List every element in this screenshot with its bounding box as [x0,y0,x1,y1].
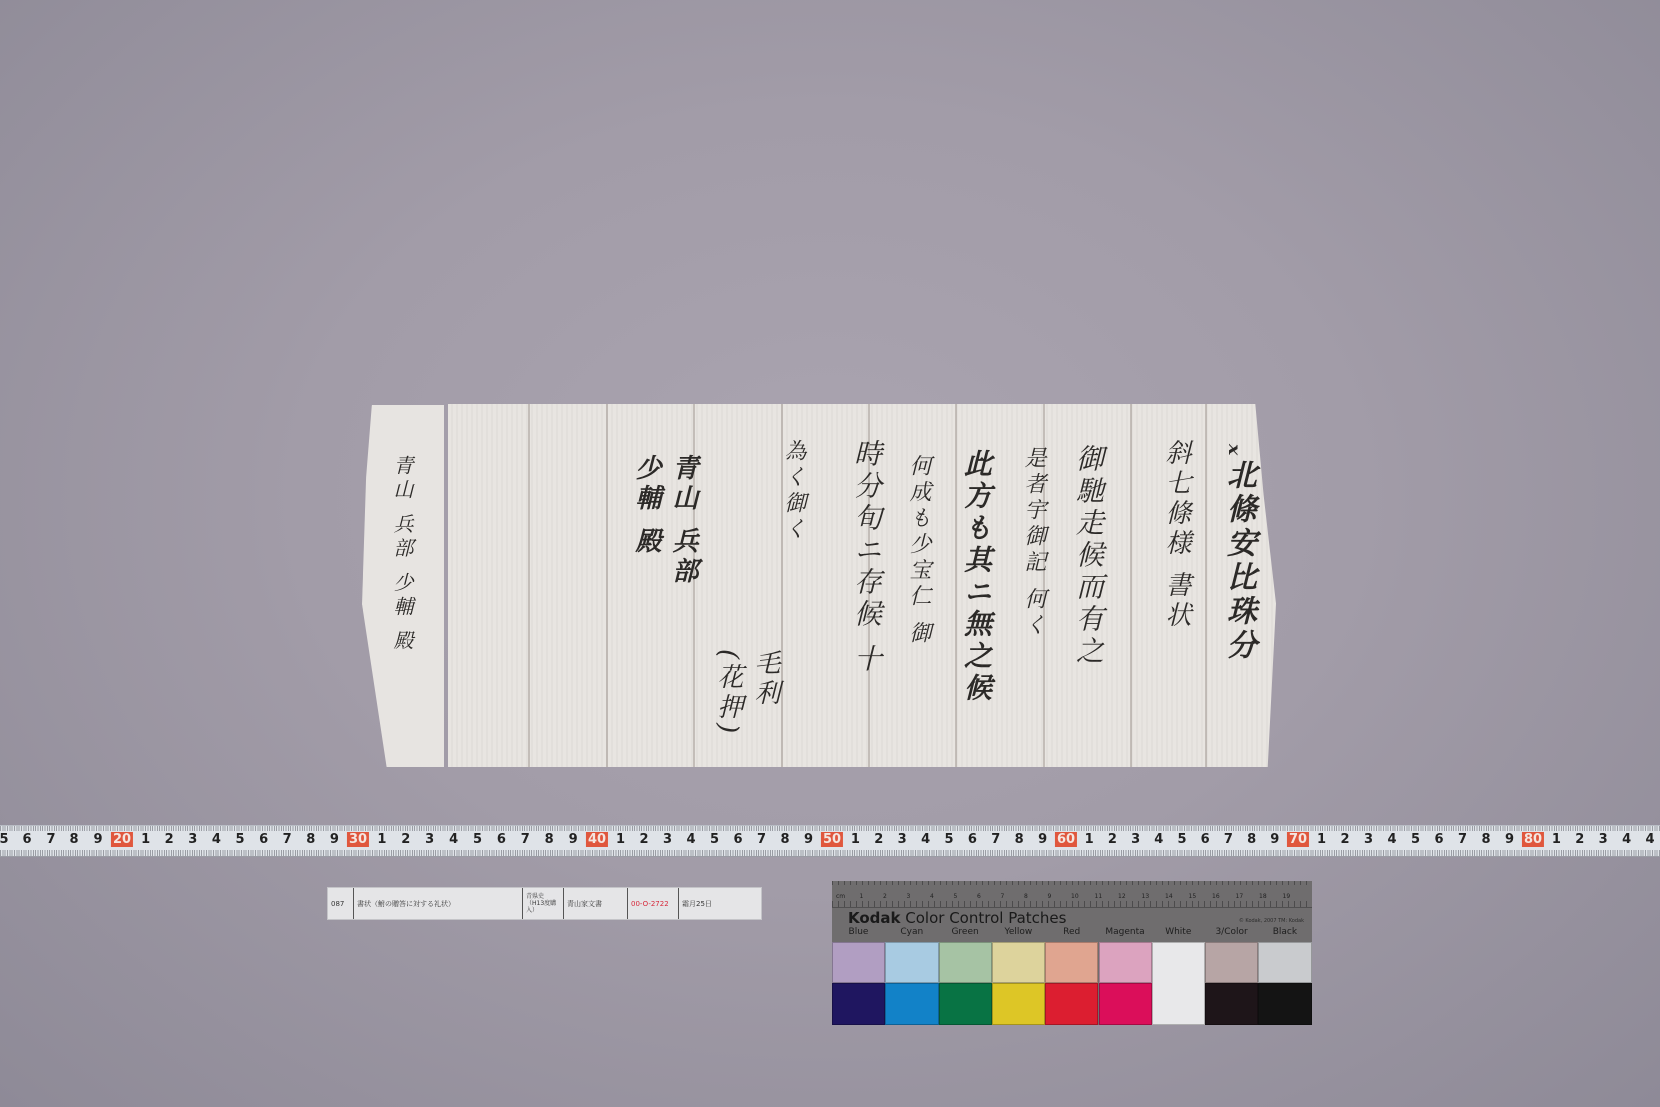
kodak-cm-label: 4 [930,893,934,900]
ruler-label: 9 [804,832,813,847]
kodak-cm-label: cm [836,893,845,900]
text-column-4: 是者宇御記 何く [1018,446,1049,736]
color-patch-dark [1205,983,1258,1025]
kodak-cm-label: 5 [954,893,958,900]
ruler-label: 7 [991,832,1000,847]
measuring-tape: 5 6 7 8 9 20 30 40 50 60 70 80 4 1234567… [0,825,1660,857]
document-fragment-left: 青山 兵部 少輔 殿 [362,405,444,767]
ruler-label: 9 [569,832,578,847]
patch-label: Yellow [992,927,1045,937]
ruler-label: 5 [1177,832,1186,847]
kodak-cm-label: 2 [883,893,887,900]
ruler-label: 5 [235,832,244,847]
ruler-label: 6 [497,832,506,847]
catalog-label: 087 書状（鮒の贈答に対する礼状） 青県史（H13度購入） 青山家文書 00-… [327,887,762,920]
text-column-6: 何成も少宝仁 御 [903,454,934,734]
fold-line [868,404,870,767]
patch-label: 3/Color [1205,927,1258,937]
color-patch-light [939,942,992,983]
kodak-cm-label: 13 [1142,893,1150,900]
ruler-label: 1 [1085,832,1094,847]
patch-label: Red [1045,927,1098,937]
catalog-title: 書状（鮒の贈答に対する礼状） [354,888,523,919]
kodak-title: Kodak Color Control Patches [848,909,1066,927]
kodak-cm-label: 6 [977,893,981,900]
ruler-decade-70: 70 [1287,832,1309,847]
ruler-label: 6 [968,832,977,847]
kodak-cm-label: 15 [1189,893,1197,900]
ruler-label: 1 [616,832,625,847]
ruler-label: 7 [521,832,530,847]
fold-line [1043,404,1045,767]
color-patch-light [832,942,885,983]
ruler-label: 1 [1552,832,1561,847]
kodak-cm-label: 8 [1024,893,1028,900]
ruler-label: 5 [710,832,719,847]
kodak-cm-label: 12 [1118,893,1126,900]
ruler-label: 1 [377,832,386,847]
ruler-label: 1 [851,832,860,847]
ruler-label: 6 [1434,832,1443,847]
ruler-label: 7 [283,832,292,847]
ruler-label: 4 [686,832,695,847]
color-patch-dark [1099,983,1152,1025]
catalog-number: 087 [328,888,354,919]
text-column-2: 斜七條様 書状 [1158,439,1195,729]
text-column-7: 時分旬ニ存候 十 [846,439,886,729]
ruler-label: 9 [1270,832,1279,847]
fold-line [1205,404,1207,767]
ruler-decade-20: 20 [111,832,133,847]
fold-line [528,404,530,767]
patch-label: White [1152,927,1205,937]
ruler-label: 2 [639,832,648,847]
ruler-label: 3 [663,832,672,847]
color-patch-light [1099,942,1152,983]
kodak-cm-label: 11 [1095,893,1103,900]
ruler-decade-60: 60 [1055,832,1077,847]
ruler-label: 1 [1317,832,1326,847]
text-column-1: ₓ北條安比珠分 [1216,444,1260,734]
color-patch-light [1258,942,1311,983]
ruler-label: 7 [1458,832,1467,847]
ruler-label: 2 [874,832,883,847]
ruler-decade-30: 30 [347,832,369,847]
kodak-color-card: cm12345678910111213141516171819 Kodak Co… [832,881,1312,1025]
fold-line [606,404,608,767]
ruler-decade-80: 80 [1522,832,1544,847]
fold-line [693,404,695,767]
color-patch-white [1152,942,1205,1025]
patch-label: Blue [832,927,885,937]
handwritten-letter: ₓ北條安比珠分 斜七條様 書状 御馳走候而有之 是者宇御記 何く 此方も其ニ無之… [448,404,1276,767]
kodak-cm-label: 19 [1283,893,1291,900]
ruler-label: 3 [1131,832,1140,847]
ruler-decade-50: 50 [821,832,843,847]
color-patch-dark [885,983,938,1025]
ruler-label: 4 [1154,832,1163,847]
text-column-3: 御馳走候而有之 [1068,444,1108,734]
address-column: 青山 兵部 少輔 殿 [388,455,417,725]
ruler-label: 9 [93,832,102,847]
ruler-label: 3 [1364,832,1373,847]
kodak-brand: Kodak [848,909,901,927]
ruler-label: 9 [330,832,339,847]
ruler-label: 3 [898,832,907,847]
fold-line [955,404,957,767]
catalog-collection: 青山家文書 [564,888,628,919]
ruler-label: 1 [141,832,150,847]
color-patch-dark [1258,983,1311,1025]
ruler-label: 2 [1340,832,1349,847]
ruler-label: 8 [306,832,315,847]
ruler-label: 4 [1387,832,1396,847]
ruler-label: 7 [46,832,55,847]
kodak-copyright: © Kodak, 2007 TM: Kodak [1239,918,1304,924]
ruler-label: 2 [1575,832,1584,847]
ruler-label: 9 [1038,832,1047,847]
ruler-label: 3 [1599,832,1608,847]
ruler-label: 2 [401,832,410,847]
kodak-cm-label: 10 [1071,893,1079,900]
catalog-category: 青県史（H13度購入） [523,888,564,919]
ruler-label: 8 [780,832,789,847]
ruler-label: 8 [69,832,78,847]
ruler-label: 4 [1645,832,1654,847]
ruler-label: 3 [188,832,197,847]
color-patch-light [1205,942,1258,983]
ruler-label: 5 [944,832,953,847]
signature-column: 青山 兵部 少輔 殿 [628,454,702,594]
kodak-cm-label: 7 [1001,893,1005,900]
color-patch-dark [832,983,885,1025]
ruler-label: 2 [1108,832,1117,847]
ruler-label: 5 [1411,832,1420,847]
kodak-cm-label: 3 [907,893,911,900]
kodak-cm-label: 9 [1048,893,1052,900]
color-patch-dark [1045,983,1098,1025]
kodak-cm-label: 14 [1165,893,1173,900]
ruler-label: 9 [1505,832,1514,847]
text-column-5: 此方も其ニ無之候 [956,449,996,739]
text-column-8: 為く御く [778,439,809,669]
ruler-label: 4 [921,832,930,847]
ruler-label: 5 [0,832,9,847]
color-patch-dark [992,983,1045,1025]
ruler-label: 8 [545,832,554,847]
ruler-label: 6 [733,832,742,847]
color-patch-light [1045,942,1098,983]
patch-label: Black [1258,927,1311,937]
ruler-label: 4 [449,832,458,847]
ruler-label: 4 [1622,832,1631,847]
patch-label: Magenta [1099,927,1152,937]
color-patch-dark [939,983,992,1025]
kodak-cm-label: 1 [860,893,864,900]
ruler-label: 7 [757,832,766,847]
catalog-code: 00-O-2722 [628,888,679,919]
ruler-label: 8 [1481,832,1490,847]
ruler-decade-40: 40 [586,832,608,847]
ruler-label: 8 [1247,832,1256,847]
color-patch-light [992,942,1045,983]
ruler-label: 6 [259,832,268,847]
kodak-cm-label: 16 [1212,893,1220,900]
kodak-cm-label: 17 [1236,893,1244,900]
ruler-label: 6 [22,832,31,847]
ruler-label: 3 [425,832,434,847]
color-patch-light [885,942,938,983]
fold-line [781,404,783,767]
ruler-label: 7 [1224,832,1233,847]
ruler-label: 2 [165,832,174,847]
catalog-date: 霜月25日 [679,888,761,919]
ruler-label: 4 [212,832,221,847]
ruler-label: 8 [1015,832,1024,847]
ruler-label: 5 [473,832,482,847]
kodak-cm-label: 18 [1259,893,1267,900]
kodak-subtitle: Color Control Patches [905,909,1066,927]
fold-line [1130,404,1132,767]
patch-label: Cyan [885,927,938,937]
ruler-label: 6 [1201,832,1210,847]
signature-mori: 毛利 (花押) [710,649,784,749]
patch-label: Green [939,927,992,937]
